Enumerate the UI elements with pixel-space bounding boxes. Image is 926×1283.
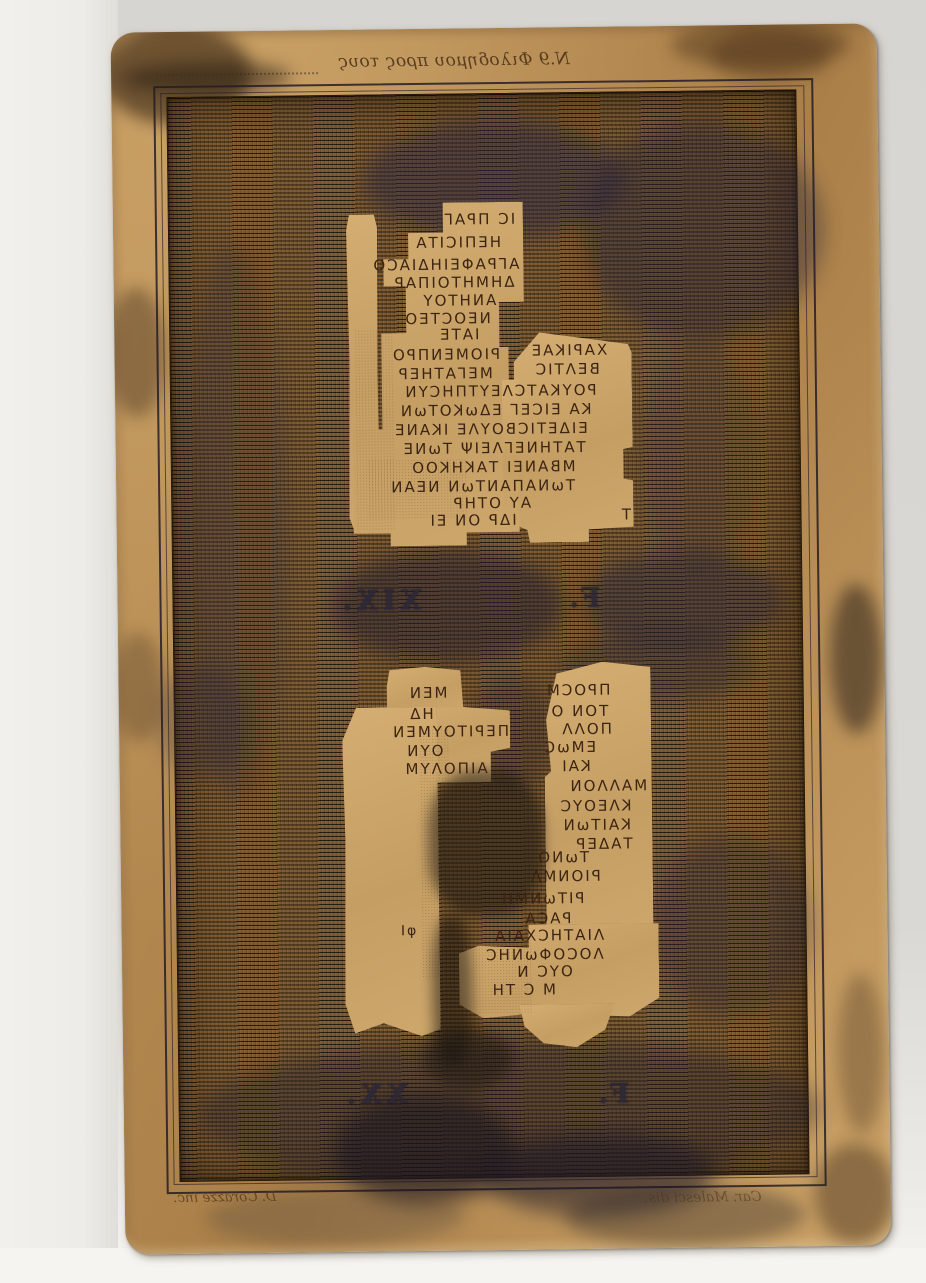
papyrus-line: ΜΕΓΑΤΗΕΡ xyxy=(389,364,501,383)
papyrus-line: ΙϹ ΠΡΑΓ xyxy=(443,210,515,229)
papyrus-line: ΠΕΡΙΤΟΥΜΕΝ xyxy=(391,722,509,741)
papyrus-line: ΡΟΥΚΑΤϹΛΕΥΤΠΗϹΥΝ xyxy=(377,380,623,401)
engraver-signature-right: Car. Malesci dis. xyxy=(604,1188,802,1206)
papyrus-line: ΔΗΜΗΤΟΙΠΑΡ xyxy=(389,273,519,293)
plate-letter-F-XX: F. xyxy=(593,1078,629,1109)
papyrus-line: ΕΜωϹ xyxy=(541,738,597,757)
papyrus-line: ΡΑϹΑ xyxy=(519,909,575,928)
papyrus-marginal-mark: φΙ xyxy=(394,922,420,940)
papyrus-line: ΑΓΡΑΦΕΙΗΔΙΑϹΟ xyxy=(375,255,515,275)
papyrus-line: ΚΑΙ xyxy=(550,757,600,776)
papyrus-line: ΙΔΡ ΟΝ ΕΙ xyxy=(391,510,553,530)
photograph-of-copper-plate: N.9 Φιλοδημου προς τους ΙϹ ΠΡΑΓ ΗΕΠΙϹΙΤΑ… xyxy=(0,0,926,1283)
papyrus-line: ΤΑΤΗΝΕΓΛΕΙΨ ΤωΝΕ xyxy=(373,438,615,459)
stain xyxy=(112,632,165,743)
papyrus-line: ΗΔ xyxy=(405,705,437,723)
copper-printing-plate: N.9 Φιλοδημου προς τους ΙϹ ΠΡΑΓ ΗΕΠΙϹΙΤΑ… xyxy=(111,23,892,1254)
papyrus-line: ΡΙΤωΝΜΗ xyxy=(486,889,598,908)
papyrus-line: ΠΟΛΛ xyxy=(551,720,621,739)
papyrus-line: ΜΕΝ xyxy=(403,684,453,703)
fragment-number-XX: XX. xyxy=(341,1079,408,1111)
papyrus-line: ΜΑΛΛΟΝ xyxy=(562,776,654,795)
papyrus-line: ΟΥΝ xyxy=(406,742,442,760)
papyrus-line: ΛΙΑΤΗϹΧΑΙΑ xyxy=(463,925,635,945)
papyrus-line: ΡΙΟΜΕΝΠΡΟ xyxy=(384,345,506,364)
stain xyxy=(829,583,883,734)
engraver-signature-left: D. Corazze inc. xyxy=(155,1189,295,1207)
papyrus-line: ΑΝΗΤΟΥ xyxy=(424,291,494,310)
papyrus-line: ΤωΝΟ xyxy=(531,848,595,867)
papyrus-line: ΜΒΑΝΕΙ ΤΑΚΗΚΟΟ xyxy=(374,457,612,478)
plate-letter-F-XIX: F. xyxy=(564,583,600,614)
papyrus-line: ΟΥϹ Ν xyxy=(513,962,575,981)
papyrus-line: ΚΑΙΤωΝ xyxy=(551,815,641,834)
papyrus-line: ΚΛΕΟΥϹ xyxy=(546,796,644,815)
stain xyxy=(837,973,885,1134)
handwritten-title: N.9 Φιλοδημου προς τους xyxy=(323,49,585,72)
stain xyxy=(711,29,832,80)
papyrus-line: ΒΕΛΤΙϹ xyxy=(517,360,617,379)
stain xyxy=(158,666,249,777)
papyrus-line: ΠΡΟϹΜ xyxy=(546,681,610,700)
papyrus-line: ΧΑΡΙΚΑΕ xyxy=(514,340,622,359)
papyrus-line: Τ xyxy=(614,505,636,523)
papyrus-line: ΚΑ ΕΙϹΕΓ ΕΔωΚΟΤωΝ xyxy=(371,400,619,421)
papyrus-line: ΕΙΔΕΤΙϹΒΟΥΛΕ ΙΚΑΝΕ xyxy=(363,419,617,440)
papyrus-line: ΑΙΠΟΛΥΜ xyxy=(399,759,491,778)
papyrus-line: Μ Ϲ ΤΗ xyxy=(478,980,568,999)
papyrus-line: ΙΑΤΕ xyxy=(436,325,481,344)
papyrus-line: ΡΙΟΝΜΑ xyxy=(519,867,611,886)
papyrus-line: ΗΕΠΙϹΙΤΑ xyxy=(405,233,510,252)
papyrus-line: ΤΟΝ Ο xyxy=(548,702,610,721)
photo-background-left xyxy=(0,0,118,1283)
photo-background-bottom xyxy=(0,1248,926,1283)
fragment-number-XIX: XIX. xyxy=(337,585,421,617)
